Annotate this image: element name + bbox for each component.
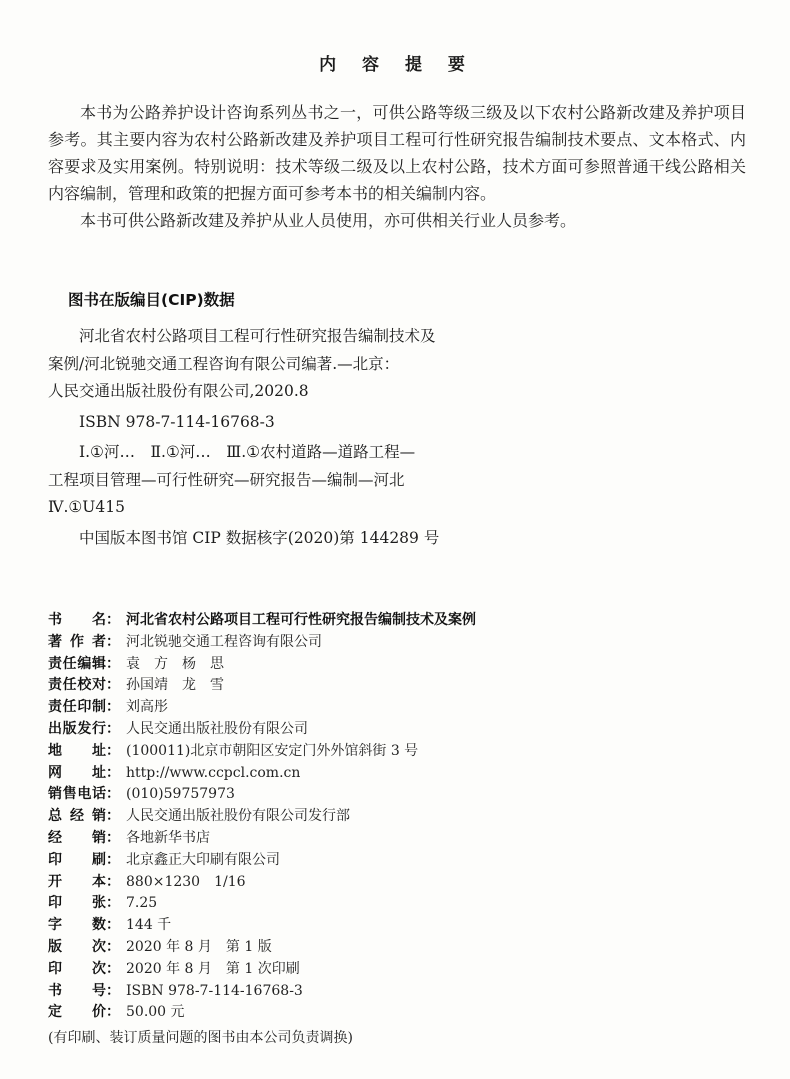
field-value: 各地新华书店 (126, 830, 210, 846)
field-value: 刘高彤 (126, 699, 168, 715)
field-value: 人民交通出版社股份有限公司发行部 (126, 808, 350, 824)
field-colon: ： (106, 699, 120, 715)
summary-paragraphs: 本书为公路养护设计咨询系列丛书之一，可供公路等级三级及以下农村公路新改建及养护项… (48, 99, 746, 234)
field-label: 经销 (48, 828, 106, 850)
colophon-row: 责任印制：刘高彤 (48, 697, 746, 719)
field-value: 2020 年 8 月 第 1 版 (126, 939, 272, 955)
cip-subject-line: 工程项目管理—可行性研究—研究报告—编制—河北 (48, 467, 746, 495)
colophon-row: 著作者：河北锐驰交通工程咨询有限公司 (48, 632, 746, 654)
copyright-page: 内 容 提 要 本书为公路养护设计咨询系列丛书之一，可供公路等级三级及以下农村公… (0, 0, 790, 1079)
colophon-row: 印张：7.25 (48, 893, 746, 915)
summary-paragraph: 本书可供公路新改建及养护从业人员使用，亦可供相关行业人员参考。 (48, 207, 746, 234)
field-colon: ： (106, 721, 120, 737)
field-value: 144 千 (126, 917, 171, 933)
colophon-row: 销售电话：(010)59757973 (48, 784, 746, 806)
field-colon: ： (106, 612, 120, 628)
field-label: 总经销 (48, 806, 106, 828)
cip-isbn: ISBN 978-7-114-16768-3 (48, 409, 746, 437)
field-colon: ： (106, 874, 120, 890)
field-label: 地址 (48, 741, 106, 763)
field-label: 著作者 (48, 632, 106, 654)
field-value: 7.25 (126, 895, 157, 911)
field-label: 书名 (48, 610, 106, 632)
field-colon: ： (106, 808, 120, 824)
colophon-row: 印次：2020 年 8 月 第 1 次印刷 (48, 959, 746, 981)
colophon-row: 版次：2020 年 8 月 第 1 版 (48, 937, 746, 959)
field-colon: ： (106, 939, 120, 955)
field-label: 印次 (48, 959, 106, 981)
field-colon: ： (106, 786, 120, 802)
field-colon: ： (106, 656, 120, 672)
field-label: 销售电话 (48, 784, 106, 806)
field-colon: ： (106, 852, 120, 868)
summary-title: 内 容 提 要 (48, 50, 746, 75)
colophon-section: 书名：河北省农村公路项目工程可行性研究报告编制技术及案例 著作者：河北锐驰交通工… (48, 610, 746, 1049)
field-colon: ： (106, 895, 120, 911)
field-value: (100011)北京市朝阳区安定门外外馆斜街 3 号 (126, 743, 418, 759)
colophon-row: 开本：880×1230 1/16 (48, 872, 746, 894)
cip-heading: 图书在版编目(CIP)数据 (48, 288, 746, 310)
field-colon: ： (106, 634, 120, 650)
cip-body: 河北省农村公路项目工程可行性研究报告编制技术及 案例/河北锐驰交通工程咨询有限公… (48, 323, 746, 552)
cip-subject-line: Ⅰ.①河… Ⅱ.①河… Ⅲ.①农村道路—道路工程— (48, 439, 746, 467)
field-colon: ： (106, 677, 120, 693)
field-label: 字数 (48, 915, 106, 937)
field-label: 责任编辑 (48, 654, 106, 676)
field-colon: ： (106, 765, 120, 781)
colophon-row: 书名：河北省农村公路项目工程可行性研究报告编制技术及案例 (48, 610, 746, 632)
field-colon: ： (106, 743, 120, 759)
field-label: 出版发行 (48, 719, 106, 741)
field-value: http://www.ccpcl.com.cn (126, 765, 300, 781)
field-value: 河北省农村公路项目工程可行性研究报告编制技术及案例 (126, 612, 476, 628)
field-value: 北京鑫正大印刷有限公司 (126, 852, 280, 868)
content-summary-section: 内 容 提 要 本书为公路养护设计咨询系列丛书之一，可供公路等级三级及以下农村公… (48, 50, 746, 234)
cip-record-line: 河北省农村公路项目工程可行性研究报告编制技术及 (48, 323, 746, 351)
colophon-row: 印刷：北京鑫正大印刷有限公司 (48, 850, 746, 872)
field-label: 书号 (48, 981, 106, 1003)
field-value: ISBN 978-7-114-16768-3 (126, 983, 303, 999)
colophon-row: 总经销：人民交通出版社股份有限公司发行部 (48, 806, 746, 828)
colophon-row: 责任编辑：袁 方 杨 思 (48, 654, 746, 676)
field-value: 2020 年 8 月 第 1 次印刷 (126, 961, 300, 977)
colophon-row: 地址：(100011)北京市朝阳区安定门外外馆斜街 3 号 (48, 741, 746, 763)
colophon-row: 网址：http://www.ccpcl.com.cn (48, 763, 746, 785)
field-label: 印张 (48, 893, 106, 915)
field-label: 网址 (48, 763, 106, 785)
field-label: 印刷 (48, 850, 106, 872)
field-label: 开本 (48, 872, 106, 894)
cip-subject-line: Ⅳ.①U415 (48, 494, 746, 522)
field-colon: ： (106, 983, 120, 999)
field-colon: ： (106, 830, 120, 846)
field-label: 责任校对 (48, 675, 106, 697)
field-value: 人民交通出版社股份有限公司 (126, 721, 308, 737)
colophon-row: 书号：ISBN 978-7-114-16768-3 (48, 981, 746, 1003)
colophon-row: 责任校对：孙国靖 龙 雪 (48, 675, 746, 697)
field-label: 责任印制 (48, 697, 106, 719)
colophon-row: 定价：50.00 元 (48, 1002, 746, 1024)
summary-paragraph: 本书为公路养护设计咨询系列丛书之一，可供公路等级三级及以下农村公路新改建及养护项… (48, 99, 746, 207)
quality-note: (有印刷、装订质量问题的图书由本公司负责调换) (48, 1027, 746, 1049)
field-value: 袁 方 杨 思 (126, 656, 224, 672)
field-value: 50.00 元 (126, 1004, 185, 1020)
cip-registration: 中国版本图书馆 CIP 数据核字(2020)第 144289 号 (48, 525, 746, 553)
cip-record-line: 人民交通出版社股份有限公司,2020.8 (48, 378, 746, 406)
field-colon: ： (106, 917, 120, 933)
field-value: (010)59757973 (126, 786, 235, 802)
colophon-row: 经销：各地新华书店 (48, 828, 746, 850)
cip-record-line: 案例/河北锐驰交通工程咨询有限公司编著.—北京： (48, 351, 746, 379)
field-label: 版次 (48, 937, 106, 959)
field-value: 孙国靖 龙 雪 (126, 677, 224, 693)
field-colon: ： (106, 961, 120, 977)
field-colon: ： (106, 1004, 120, 1020)
field-label: 定价 (48, 1002, 106, 1024)
field-value: 河北锐驰交通工程咨询有限公司 (126, 634, 322, 650)
colophon-row: 字数：144 千 (48, 915, 746, 937)
cip-section: 图书在版编目(CIP)数据 河北省农村公路项目工程可行性研究报告编制技术及 案例… (48, 288, 746, 552)
colophon-row: 出版发行：人民交通出版社股份有限公司 (48, 719, 746, 741)
field-value: 880×1230 1/16 (126, 874, 246, 890)
